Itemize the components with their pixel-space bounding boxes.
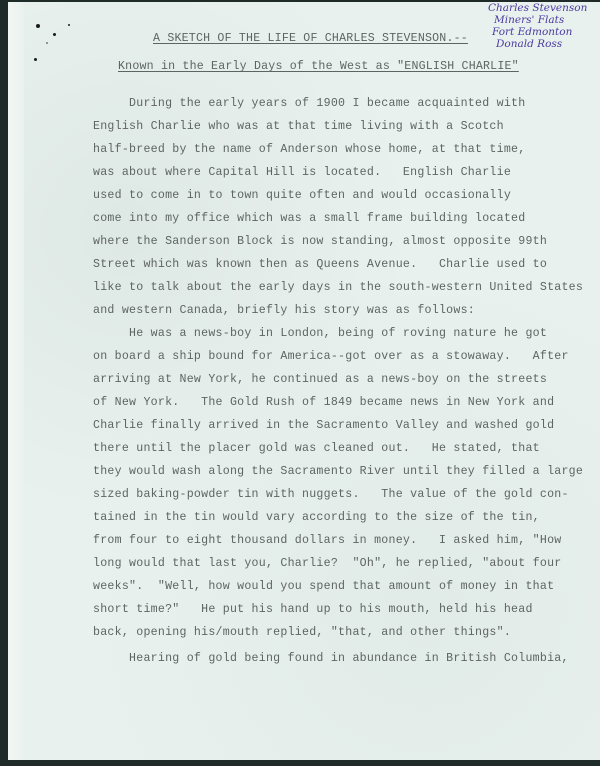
body-line: like to talk about the early days in the… (93, 281, 583, 294)
body-line: arriving at New York, he continued as a … (93, 373, 547, 386)
body-line: Hearing of gold being found in abundance… (93, 652, 569, 665)
handwritten-line: Fort Edmonton (492, 26, 587, 38)
body-line: was about where Capital Hill is located.… (93, 166, 511, 179)
ink-speck (53, 33, 56, 36)
body-line: they would wash along the Sacramento Riv… (93, 465, 583, 478)
body-line: He was a news-boy in London, being of ro… (93, 327, 547, 340)
body-line: used to come in to town quite often and … (93, 189, 511, 202)
ink-speck (68, 24, 70, 26)
body-line: tained in the tin would vary according t… (93, 511, 540, 524)
document-title: A SKETCH OF THE LIFE OF CHARLES STEVENSO… (153, 32, 468, 45)
body-line: Street which was known then as Queens Av… (93, 258, 547, 271)
body-line: weeks". "Well, how would you spend that … (93, 580, 554, 593)
body-line: back, opening his/mouth replied, "that, … (93, 626, 511, 639)
body-line: short time?" He put his hand up to his m… (93, 603, 533, 616)
handwritten-line: Donald Ross (496, 38, 587, 50)
handwritten-line: Charles Stevenson (488, 2, 587, 14)
body-line: long would that last you, Charlie? "Oh",… (93, 557, 561, 570)
body-line: and western Canada, briefly his story wa… (93, 304, 475, 317)
document-subtitle: Known in the Early Days of the West as "… (118, 60, 519, 73)
body-line: of New York. The Gold Rush of 1849 becam… (93, 396, 554, 409)
body-line: Charlie finally arrived in the Sacrament… (93, 419, 554, 432)
body-line: During the early years of 1900 I became … (93, 97, 525, 110)
body-line: half-breed by the name of Anderson whose… (93, 143, 525, 156)
body-line: where the Sanderson Block is now standin… (93, 235, 547, 248)
paper-fold-edge (8, 2, 24, 760)
handwritten-annotation: Charles Stevenson Miners' Flats Fort Edm… (482, 2, 587, 50)
body-line: English Charlie who was at that time liv… (93, 120, 504, 133)
body-line: come into my office which was a small fr… (93, 212, 525, 225)
ink-speck (36, 24, 40, 28)
scanned-document: Charles Stevenson Miners' Flats Fort Edm… (0, 0, 600, 766)
body-line: sized baking-powder tin with nuggets. Th… (93, 488, 569, 501)
handwritten-line: Miners' Flats (494, 14, 587, 26)
ink-speck (46, 42, 48, 44)
body-line: there until the placer gold was cleaned … (93, 442, 540, 455)
ink-speck (34, 58, 37, 61)
body-line: on board a ship bound for America--got o… (93, 350, 569, 363)
body-line: from four to eight thousand dollars in m… (93, 534, 561, 547)
